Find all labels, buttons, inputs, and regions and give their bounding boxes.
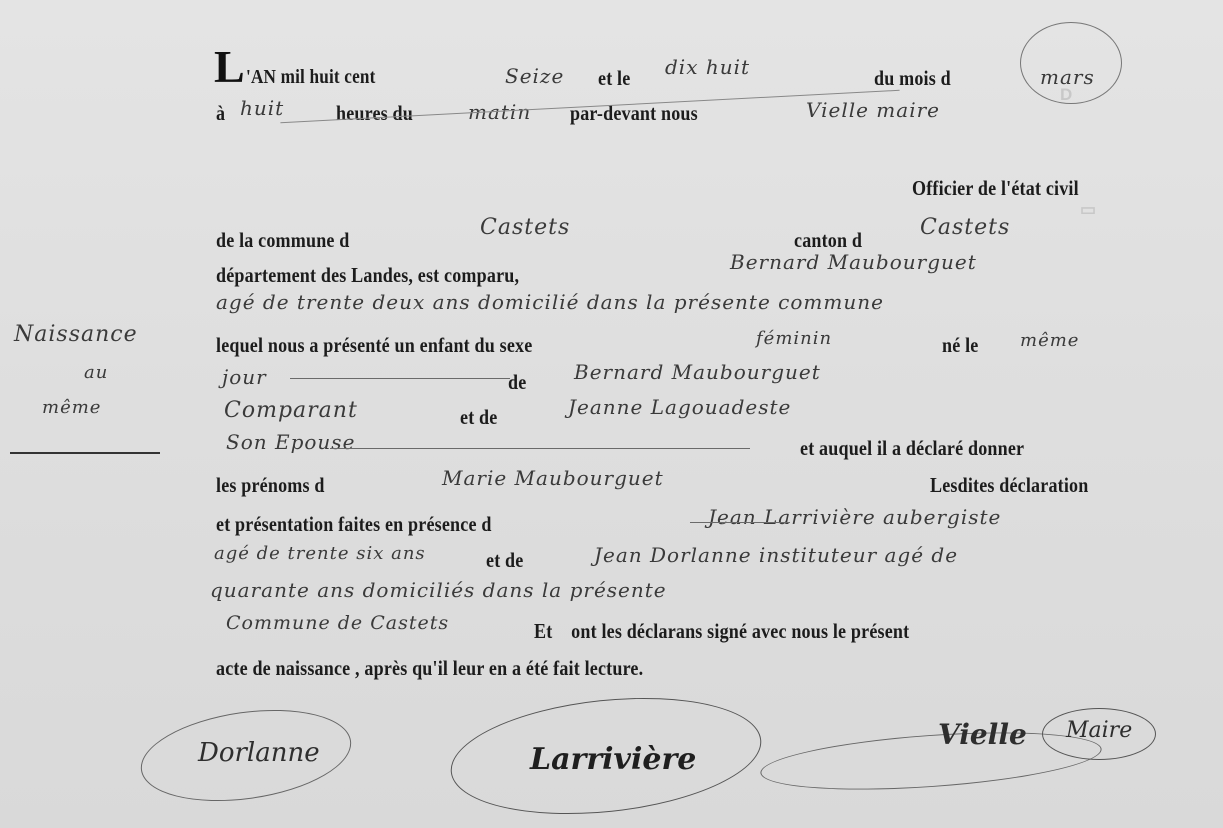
printed-text: lequel nous a présenté un enfant du sexe <box>216 333 532 358</box>
signature-larriviere: Larrivière <box>530 742 696 777</box>
signature-maire: Maire <box>1066 718 1132 743</box>
printed-text: du mois d <box>874 66 951 91</box>
handwritten-day-word: jour <box>222 365 267 389</box>
printed-text: de la commune d <box>216 228 350 253</box>
handwritten-father-role: Comparant <box>224 398 358 423</box>
bleed-through-text: ▭ <box>1080 200 1096 220</box>
handwritten-given-names: Marie Maubourguet <box>442 466 664 490</box>
printed-text: heures du <box>336 101 413 126</box>
printed-text: 'AN mil huit cent <box>246 66 376 89</box>
printed-text: et le <box>598 66 630 91</box>
handwritten-canton: Castets <box>920 215 1010 240</box>
handwritten-commune: Castets <box>480 215 570 240</box>
printed-text: département des Landes, est comparu, <box>216 263 519 288</box>
printed-text: Officier de l'état civil <box>912 176 1079 201</box>
printed-text: et de <box>460 405 497 430</box>
printed-text: né le <box>942 333 978 358</box>
handwritten-day: dix huit <box>665 55 750 79</box>
printed-text: de <box>508 370 526 395</box>
handwritten-witness1-age: agé de trente six ans <box>214 543 426 564</box>
handwritten-commune-line: Commune de Castets <box>226 612 449 634</box>
handwritten-declarant: Bernard Maubourguet <box>730 250 977 274</box>
handwritten-witness1: Jean Larrivière aubergiste <box>708 505 1001 529</box>
margin-text: au <box>84 362 108 383</box>
handwritten-witness2-detail: quarante ans domiciliés dans la présente <box>210 578 667 602</box>
printed-text: à <box>216 101 225 126</box>
handwritten-witness2: Jean Dorlanne instituteur agé de <box>594 543 958 567</box>
signature-vielle: Vielle <box>938 718 1027 751</box>
printed-text: et de <box>486 548 523 573</box>
printed-text: par-devant nous <box>570 101 698 126</box>
printed-text: les prénoms d <box>216 473 325 498</box>
guide-line <box>330 448 750 449</box>
signature-dorlanne: Dorlanne <box>198 738 320 768</box>
printed-text: et présentation faites en présence d <box>216 512 492 537</box>
printed-text: Lesdites déclaration <box>930 473 1088 498</box>
margin-text: même <box>42 397 101 418</box>
handwritten-officer: Vielle maire <box>806 98 940 122</box>
handwritten-birth-date: même <box>1020 330 1079 351</box>
printed-text: Et ont les déclarans signé avec nous le … <box>534 619 909 644</box>
document-page: D ▭ L 'AN mil huit cent Seize et le dix … <box>0 0 1223 828</box>
handwritten-declarant-detail: agé de trente deux ans domicilié dans la… <box>216 290 884 314</box>
printed-text: acte de naissance , après qu'il leur en … <box>216 656 643 681</box>
guide-line <box>690 522 790 523</box>
handwritten-mother-role: Son Epouse <box>226 430 355 454</box>
handwritten-sex: féminin <box>756 328 832 349</box>
margin-rule <box>10 452 160 454</box>
guide-line <box>290 378 510 379</box>
flourish <box>1020 22 1122 104</box>
handwritten-hour: huit <box>240 96 284 120</box>
printed-text: et auquel il a déclaré donner <box>800 436 1024 461</box>
handwritten-year: Seize <box>505 64 564 88</box>
initial-letter: L <box>214 40 245 93</box>
margin-title: Naissance <box>14 322 138 347</box>
handwritten-mother: Jeanne Lagouadeste <box>568 395 791 419</box>
handwritten-father: Bernard Maubourguet <box>574 360 821 384</box>
